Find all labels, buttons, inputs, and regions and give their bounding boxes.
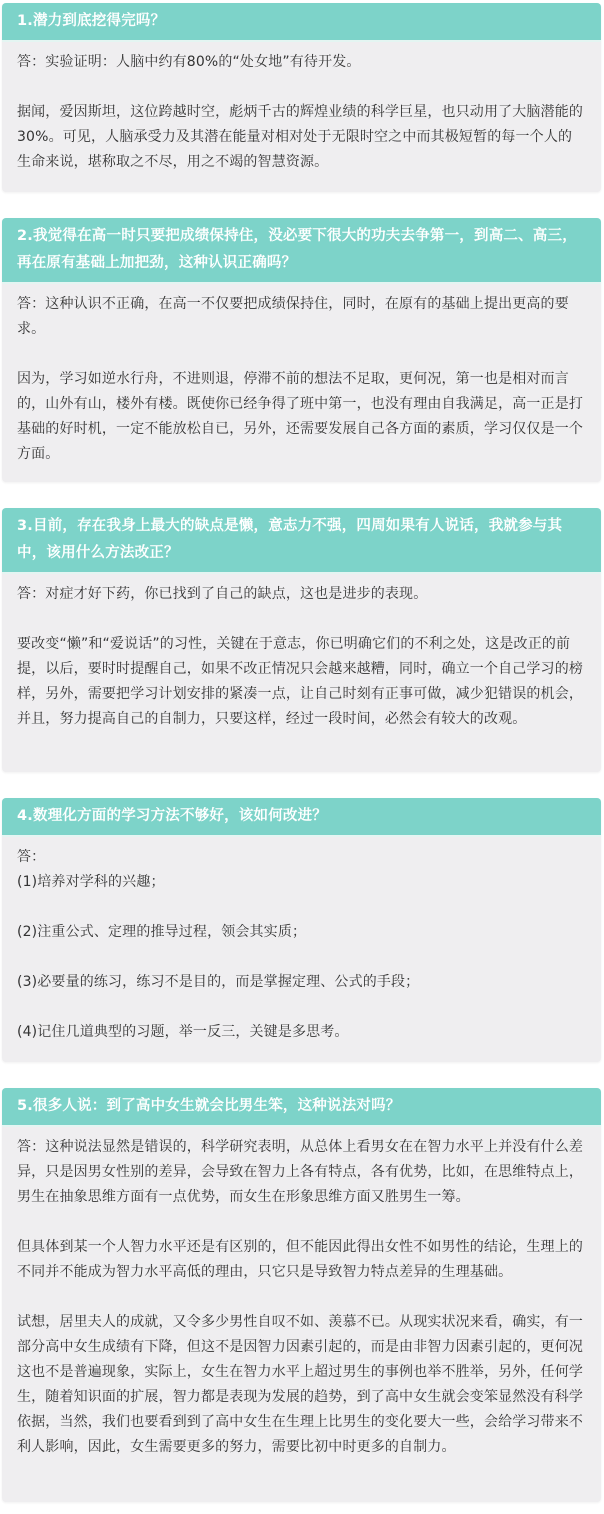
question-heading: 1.潜力到底挖得完吗？: [2, 3, 601, 42]
answer-body: 答：实验证明：人脑中约有80%的“处女地”有待开发。 据闻，爱因斯坦，这位跨越时…: [2, 42, 601, 185]
answer-paragraph: 但具体到某一个人智力水平还是有区别的，但不能因此得出女性不如男性的结论，生理上的…: [17, 1235, 585, 1285]
qa-card-4: 4.数理化方面的学习方法不够好，该如何改进？ 答： (1)培养对学科的兴趣； (…: [2, 798, 601, 1062]
answer-paragraph: 答：实验证明：人脑中约有80%的“处女地”有待开发。: [17, 50, 585, 75]
answer-body: 答：这种说法显然是错误的，科学研究表明，从总体上看男女在在智力水平上并没有什么差…: [2, 1127, 601, 1470]
answer-body: 答：对症才好下药，你已找到了自己的缺点，这也是进步的表现。 要改变“懒”和“爱说…: [2, 574, 601, 742]
answer-paragraph: 答：这种说法显然是错误的，科学研究表明，从总体上看男女在在智力水平上并没有什么差…: [17, 1135, 585, 1210]
answer-paragraph: 答：这种认识不正确，在高一不仅要把成绩保持住，同时，在原有的基础上提出更高的要求…: [17, 292, 585, 342]
qa-card-2: 2.我觉得在高一时只要把成绩保持住，没必要下很大的功夫去争第一，到高二、高三，再…: [2, 218, 601, 482]
qa-card-5: 5.很多人说：到了高中女生就会比男生笨，这种说法对吗？ 答：这种说法显然是错误的…: [2, 1088, 601, 1502]
answer-list-item: (3)必要量的练习，练习不是目的，而是掌握定理、公式的手段；: [17, 970, 585, 995]
qa-card-1: 1.潜力到底挖得完吗？ 答：实验证明：人脑中约有80%的“处女地”有待开发。 据…: [2, 3, 601, 192]
answer-body: 答：这种认识不正确，在高一不仅要把成绩保持住，同时，在原有的基础上提出更高的要求…: [2, 284, 601, 477]
answer-paragraph: 要改变“懒”和“爱说话”的习性，关键在于意志，你已明确它们的不利之处，这是改正的…: [17, 632, 585, 732]
answer-list-item: (2)注重公式、定理的推导过程，领会其实质；: [17, 920, 585, 945]
question-heading: 3.目前，存在我身上最大的缺点是懒，意志力不强，四周如果有人说话，我就参与其中，…: [2, 508, 601, 574]
answer-list-item: (1)培养对学科的兴趣；: [17, 870, 585, 895]
qa-card-3: 3.目前，存在我身上最大的缺点是懒，意志力不强，四周如果有人说话，我就参与其中，…: [2, 508, 601, 772]
answer-list-item: (4)记住几道典型的习题，举一反三，关键是多思考。: [17, 1020, 585, 1045]
answer-paragraph: 试想，居里夫人的成就，又令多少男性自叹不如、羡慕不已。从现实状况来看，确实，有一…: [17, 1310, 585, 1460]
answer-paragraph: 答：对症才好下药，你已找到了自己的缺点，这也是进步的表现。: [17, 582, 585, 607]
question-heading: 5.很多人说：到了高中女生就会比男生笨，这种说法对吗？: [2, 1088, 601, 1127]
answer-intro: 答：: [17, 845, 585, 870]
question-heading: 4.数理化方面的学习方法不够好，该如何改进？: [2, 798, 601, 837]
answer-paragraph: 因为，学习如逆水行舟，不进则退，停滞不前的想法不足取，更何况，第一也是相对而言的…: [17, 367, 585, 467]
answer-body: 答： (1)培养对学科的兴趣； (2)注重公式、定理的推导过程，领会其实质； (…: [2, 837, 601, 1055]
question-heading: 2.我觉得在高一时只要把成绩保持住，没必要下很大的功夫去争第一，到高二、高三，再…: [2, 218, 601, 284]
answer-paragraph: 据闻，爱因斯坦，这位跨越时空，彪炳千古的辉煌业绩的科学巨星，也只动用了大脑潜能的…: [17, 100, 585, 175]
